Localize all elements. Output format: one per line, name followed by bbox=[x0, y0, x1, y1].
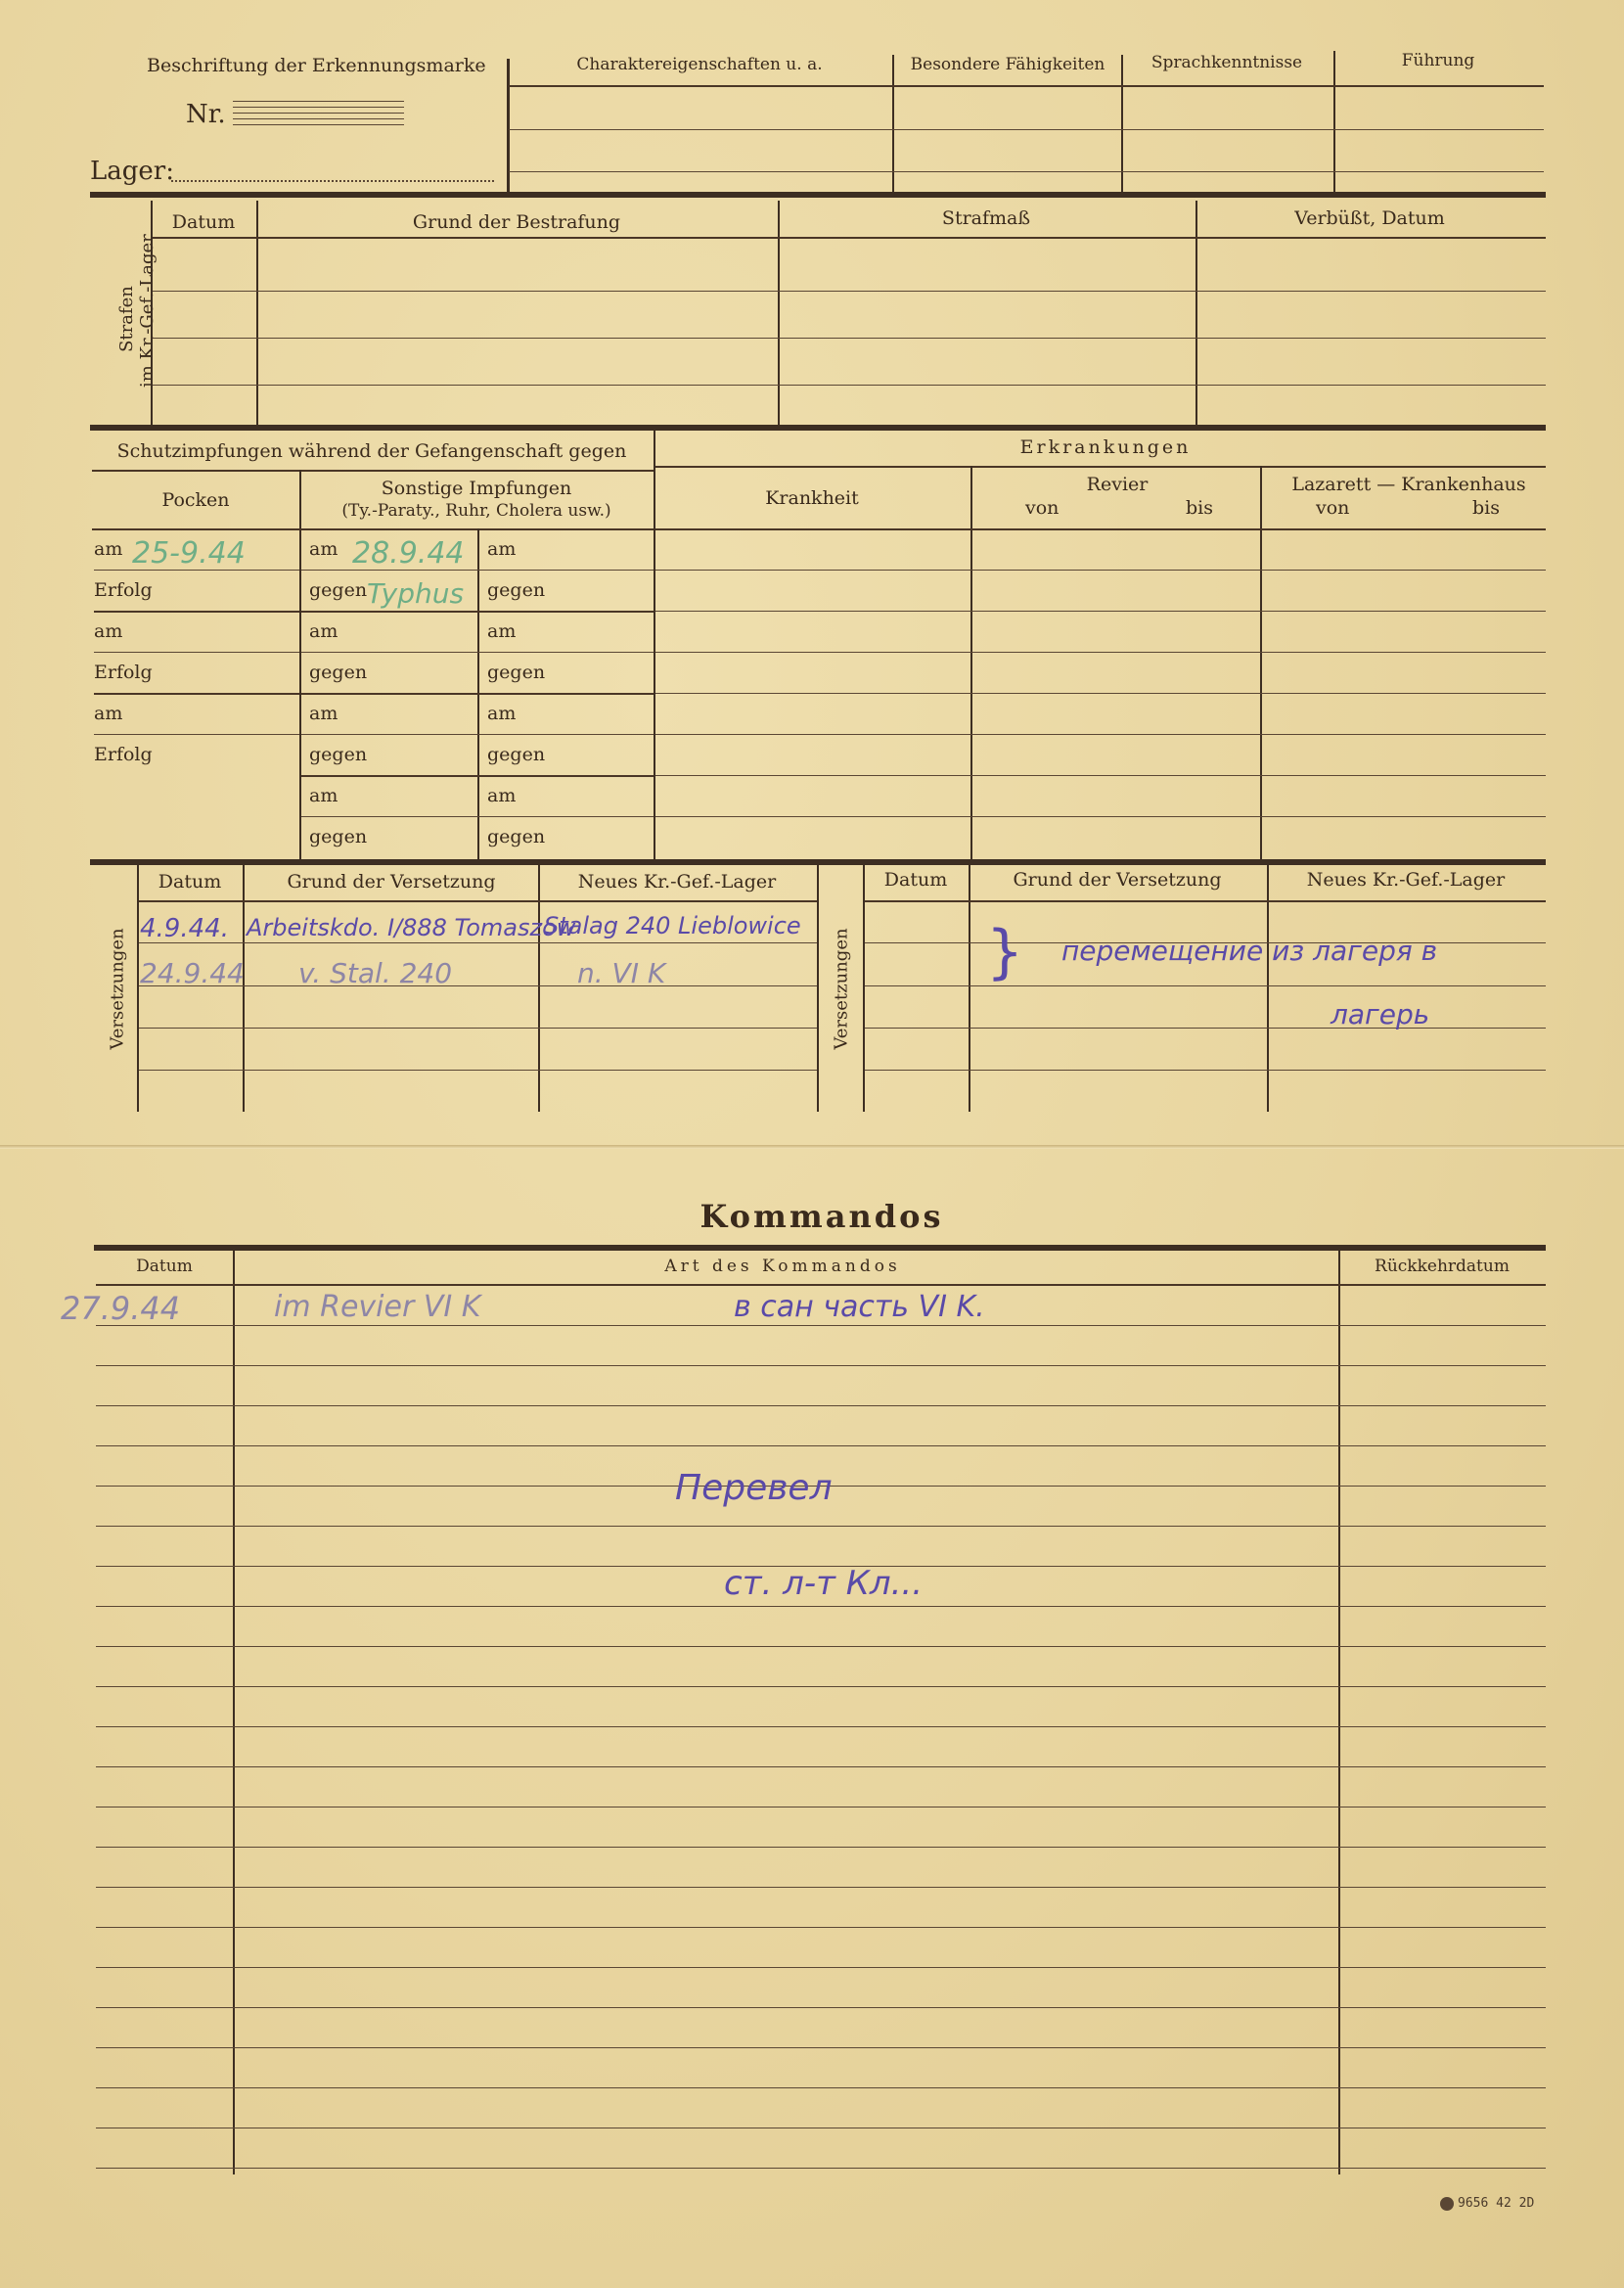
transfer-r-col-newcamp: Neues Kr.-Gef.-Lager bbox=[1307, 869, 1505, 891]
rule-line bbox=[96, 2007, 1546, 2008]
other-gegen-label: gegen bbox=[309, 826, 367, 847]
camp-label: Lager: bbox=[90, 157, 174, 186]
camp-field bbox=[171, 180, 494, 182]
other2-gegen-label: gegen bbox=[487, 826, 545, 847]
hospital-to: bis bbox=[1472, 497, 1500, 519]
rule-line bbox=[96, 1325, 1546, 1326]
print-code: 9656 42 2D bbox=[1440, 2196, 1534, 2211]
col-conduct: Führung bbox=[1402, 51, 1475, 70]
kommandos-title: Kommandos bbox=[700, 1198, 944, 1235]
rule-line bbox=[301, 734, 654, 735]
nr-label: Nr. bbox=[186, 100, 226, 129]
tag-label: Beschriftung der Erkennungsmarke bbox=[147, 55, 486, 76]
rule-line bbox=[96, 2047, 1546, 2048]
rule-line bbox=[96, 1726, 1546, 1727]
rule-line bbox=[655, 570, 1546, 571]
col-abilities: Besondere Fähigkeiten bbox=[911, 55, 1105, 74]
rule-line bbox=[96, 1686, 1546, 1687]
printer-seal-icon bbox=[1440, 2197, 1454, 2211]
rule-line bbox=[139, 942, 817, 943]
illness-col-hospital: Lazarett — Krankenhaus bbox=[1291, 474, 1525, 495]
kommando-1-type-de: im Revier VI K bbox=[274, 1290, 480, 1324]
rule-line bbox=[96, 1606, 1546, 1607]
transfer-1-newcamp: Stalag 240 Lieblowice bbox=[544, 912, 801, 939]
other-gegen-label: gegen bbox=[309, 662, 367, 683]
rule-line bbox=[655, 775, 1546, 776]
fold-line bbox=[0, 1145, 1624, 1149]
rule-line bbox=[94, 611, 299, 613]
kommando-col-type: Art des Kommandos bbox=[664, 1257, 900, 1276]
other-gegen-label: gegen bbox=[309, 579, 367, 601]
rule-line bbox=[96, 1405, 1546, 1406]
other-am-label: am bbox=[309, 620, 338, 642]
rule-line bbox=[94, 693, 299, 695]
signature-line-1: Перевел bbox=[675, 1468, 833, 1508]
transfer-note-line-2: лагерь bbox=[1331, 998, 1429, 1030]
transfer-2-reason: v. Stal. 240 bbox=[298, 957, 452, 989]
other-am-label: am bbox=[309, 703, 338, 724]
rule-line bbox=[94, 734, 299, 735]
other2-am-label: am bbox=[487, 785, 516, 806]
rule-line bbox=[96, 2168, 1546, 2169]
rule-line bbox=[96, 2128, 1546, 2128]
other2-am-label: am bbox=[487, 538, 516, 560]
pox-am-label: am bbox=[94, 620, 122, 642]
rule-line bbox=[655, 611, 1546, 612]
rule-line bbox=[96, 1365, 1546, 1366]
rule-line bbox=[96, 1927, 1546, 1928]
rule-line bbox=[865, 1070, 1546, 1071]
illness-col-disease: Krankheit bbox=[765, 487, 859, 509]
vacc-col-other-detail: (Ty.-Paraty., Ruhr, Cholera usw.) bbox=[341, 501, 610, 521]
brace-mark: } bbox=[986, 918, 1023, 986]
other-vacc-against: Typhus bbox=[367, 577, 464, 610]
rule-line bbox=[865, 1028, 1546, 1029]
transfer-r-col-reason: Grund der Versetzung bbox=[1013, 869, 1221, 891]
other-am-label: am bbox=[309, 538, 338, 560]
rule-line bbox=[139, 1070, 817, 1071]
rule-line bbox=[655, 734, 1546, 735]
pox-am-label: am bbox=[94, 538, 122, 560]
infirmary-from: von bbox=[1025, 497, 1059, 519]
other2-gegen-label: gegen bbox=[487, 662, 545, 683]
rule-line bbox=[301, 611, 654, 613]
illness-title: Erkrankungen bbox=[1020, 436, 1192, 458]
kommando-col-date: Datum bbox=[136, 1257, 193, 1276]
other-gegen-label: gegen bbox=[309, 744, 367, 765]
rule-line bbox=[655, 652, 1546, 653]
illness-col-infirmary: Revier bbox=[1087, 474, 1149, 495]
transfer-2-date: 24.9.44 bbox=[140, 957, 245, 989]
rule-line bbox=[96, 1807, 1546, 1808]
vacc-col-other: Sonstige Impfungen bbox=[382, 478, 571, 499]
transfer-2-newcamp: n. VI K bbox=[577, 957, 665, 989]
col-languages: Sprachkenntnisse bbox=[1151, 53, 1302, 72]
vacc-col-pox: Pocken bbox=[161, 489, 229, 511]
transfer-1-date: 4.9.44. bbox=[140, 914, 229, 943]
pox-date: 25-9.44 bbox=[132, 536, 246, 571]
other-am-label: am bbox=[309, 785, 338, 806]
transfer-note-line-1: перемещение из лагеря в bbox=[1061, 935, 1437, 967]
other2-am-label: am bbox=[487, 703, 516, 724]
pox-erfolg-label: Erfolg bbox=[94, 662, 153, 683]
rule-line bbox=[301, 816, 654, 817]
rule-line bbox=[96, 1526, 1546, 1527]
vacc-title: Schutzimpfungen während der Gefangenscha… bbox=[117, 440, 627, 462]
other2-gegen-label: gegen bbox=[487, 579, 545, 601]
rule-line bbox=[96, 1445, 1546, 1446]
transfer-col-newcamp: Neues Kr.-Gef.-Lager bbox=[578, 871, 776, 892]
rule-line bbox=[655, 816, 1546, 817]
rule-line bbox=[139, 1028, 817, 1029]
transfer-col-date: Datum bbox=[158, 871, 221, 892]
rule-line bbox=[96, 2087, 1546, 2088]
other-vacc-date: 28.9.44 bbox=[352, 536, 465, 571]
document-page bbox=[0, 0, 1624, 2288]
signature-line-2: ст. л-т Кл... bbox=[724, 1564, 923, 1603]
pox-erfolg-label: Erfolg bbox=[94, 579, 153, 601]
transfers-left-side-label: Versetzungen bbox=[108, 926, 128, 1053]
rule-line bbox=[94, 652, 299, 653]
transfer-col-reason: Grund der Versetzung bbox=[287, 871, 495, 892]
rule-line bbox=[301, 652, 654, 653]
rule-line bbox=[96, 1887, 1546, 1888]
rule-line bbox=[655, 693, 1546, 694]
transfer-1-reason: Arbeitskdo. I/888 Tomaszow bbox=[247, 914, 575, 941]
punish-col-reason: Grund der Bestrafung bbox=[413, 211, 620, 233]
other2-gegen-label: gegen bbox=[487, 744, 545, 765]
punish-col-served: Verbüßt, Datum bbox=[1294, 207, 1445, 229]
rule-line bbox=[301, 693, 654, 695]
rule-line bbox=[96, 1766, 1546, 1767]
rule-line bbox=[96, 1847, 1546, 1848]
punish-col-measure: Strafmaß bbox=[942, 207, 1030, 229]
pox-erfolg-label: Erfolg bbox=[94, 744, 153, 765]
rule-line bbox=[96, 1646, 1546, 1647]
kommando-col-return: Rückkehrdatum bbox=[1375, 1257, 1510, 1276]
other2-am-label: am bbox=[487, 620, 516, 642]
transfer-r-col-date: Datum bbox=[884, 869, 947, 891]
kommando-1-date: 27.9.44 bbox=[61, 1290, 180, 1327]
pox-am-label: am bbox=[94, 703, 122, 724]
kommando-1-type-ru: в сан часть VI K. bbox=[734, 1290, 985, 1324]
hospital-from: von bbox=[1316, 497, 1349, 519]
rule-line bbox=[865, 985, 1546, 986]
punish-col-date: Datum bbox=[172, 211, 235, 233]
rule-line bbox=[96, 1967, 1546, 1968]
col-character: Charaktereigenschaften u. a. bbox=[576, 55, 822, 74]
rule-line bbox=[301, 775, 654, 777]
transfers-right-side-label: Versetzungen bbox=[832, 926, 852, 1053]
infirmary-to: bis bbox=[1186, 497, 1213, 519]
